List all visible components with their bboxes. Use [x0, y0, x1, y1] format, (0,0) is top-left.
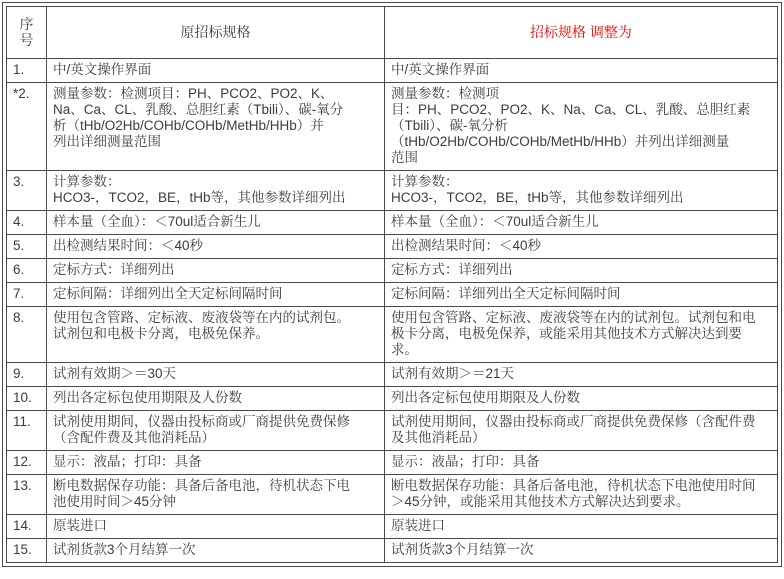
table-row: 9. 试剂有效期＞＝30天 试剂有效期＞＝21天: [7, 363, 778, 387]
cell-adjusted-spec: 定标方式：详细列出: [385, 259, 778, 283]
table-row: 7. 定标间隔：详细列出全天定标间隔时间 定标间隔：详细列出全天定标间隔时间: [7, 283, 778, 307]
cell-adjusted-spec: 显示：液晶；打印：具备: [385, 451, 778, 475]
header-row: 序 号 原招标规格 招标规格 调整为: [7, 7, 778, 59]
cell-original-spec: 断电数据保存功能：具备后备电池，待机状态下电 池使用时间＞45分钟: [47, 475, 385, 515]
cell-seq-no: 9.: [7, 363, 47, 387]
cell-original-spec: 出检测结果时间：＜40秒: [47, 235, 385, 259]
cell-adjusted-spec: 原装进口: [385, 515, 778, 539]
cell-original-spec: 定标间隔：详细列出全天定标间隔时间: [47, 283, 385, 307]
cell-adjusted-spec: 定标间隔：详细列出全天定标间隔时间: [385, 283, 778, 307]
cell-original-spec: 列出各定标包使用期限及人份数: [47, 387, 385, 411]
cell-seq-no: 14.: [7, 515, 47, 539]
cell-original-spec: 使用包含管路、定标液、废液袋等在内的试剂包。 试剂包和电极卡分离，电极免保养。: [47, 307, 385, 363]
table-row: 14. 原装进口 原装进口: [7, 515, 778, 539]
cell-seq-no: 4.: [7, 211, 47, 235]
cell-seq-no: 15.: [7, 539, 47, 563]
cell-adjusted-spec: 使用包含管路、定标液、废液袋等在内的试剂包。试剂包和电 极卡分离，电极免保养，或…: [385, 307, 778, 363]
table-row: *2. 测量参数：检测项目：PH、PCO2、PO2、K、 Na、Ca、CL、乳酸…: [7, 83, 778, 171]
cell-original-spec: 显示：液晶；打印：具备: [47, 451, 385, 475]
cell-original-spec: 样本量（全血）：＜70ul适合新生儿: [47, 211, 385, 235]
cell-seq-no: 8.: [7, 307, 47, 363]
header-original-spec: 原招标规格: [47, 7, 385, 59]
cell-adjusted-spec: 试剂货款3个月结算一次: [385, 539, 778, 563]
table-row: 3. 计算参数： HCO3-，TCO2，BE，tHb等，其他参数详细列出 计算参…: [7, 171, 778, 211]
header-seq-no: 序 号: [7, 7, 47, 59]
cell-seq-no: 1.: [7, 59, 47, 83]
cell-original-spec: 原装进口: [47, 515, 385, 539]
spec-comparison-sheet: 序 号 原招标规格 招标规格 调整为 1. 中/英文操作界面 中/英文操作界面 …: [2, 2, 782, 567]
spec-table: 序 号 原招标规格 招标规格 调整为 1. 中/英文操作界面 中/英文操作界面 …: [6, 6, 778, 563]
cell-seq-no: 10.: [7, 387, 47, 411]
cell-seq-no: 5.: [7, 235, 47, 259]
cell-seq-no: 6.: [7, 259, 47, 283]
cell-original-spec: 试剂使用期间，仪器由投标商或厂商提供免费保修 （含配件费及其他消耗品）: [47, 411, 385, 451]
header-adjusted-spec: 招标规格 调整为: [385, 7, 778, 59]
cell-seq-no: 12.: [7, 451, 47, 475]
table-row: 11. 试剂使用期间，仪器由投标商或厂商提供免费保修 （含配件费及其他消耗品） …: [7, 411, 778, 451]
cell-adjusted-spec: 出检测结果时间：＜40秒: [385, 235, 778, 259]
cell-original-spec: 计算参数： HCO3-，TCO2，BE，tHb等，其他参数详细列出: [47, 171, 385, 211]
table-row: 12. 显示：液晶；打印：具备 显示：液晶；打印：具备: [7, 451, 778, 475]
table-row: 5. 出检测结果时间：＜40秒 出检测结果时间：＜40秒: [7, 235, 778, 259]
cell-original-spec: 试剂货款3个月结算一次: [47, 539, 385, 563]
cell-adjusted-spec: 列出各定标包使用期限及人份数: [385, 387, 778, 411]
table-row: 1. 中/英文操作界面 中/英文操作界面: [7, 59, 778, 83]
cell-original-spec: 定标方式：详细列出: [47, 259, 385, 283]
cell-seq-no: 3.: [7, 171, 47, 211]
cell-original-spec: 测量参数：检测项目：PH、PCO2、PO2、K、 Na、Ca、CL、乳酸、总胆红…: [47, 83, 385, 171]
cell-seq-no: 13.: [7, 475, 47, 515]
cell-adjusted-spec: 计算参数： HCO3-，TCO2，BE，tHb等，其他参数详细列出: [385, 171, 778, 211]
cell-original-spec: 中/英文操作界面: [47, 59, 385, 83]
table-row: 8. 使用包含管路、定标液、废液袋等在内的试剂包。 试剂包和电极卡分离，电极免保…: [7, 307, 778, 363]
table-row: 4. 样本量（全血）：＜70ul适合新生儿 样本量（全血）：＜70ul适合新生儿: [7, 211, 778, 235]
table-row: 13. 断电数据保存功能：具备后备电池，待机状态下电 池使用时间＞45分钟 断电…: [7, 475, 778, 515]
table-row: 10. 列出各定标包使用期限及人份数 列出各定标包使用期限及人份数: [7, 387, 778, 411]
cell-adjusted-spec: 样本量（全血）：＜70ul适合新生儿: [385, 211, 778, 235]
cell-seq-no: 7.: [7, 283, 47, 307]
cell-adjusted-spec: 试剂使用期间，仪器由投标商或厂商提供免费保修（含配件费 及其他消耗品）: [385, 411, 778, 451]
table-row: 15. 试剂货款3个月结算一次 试剂货款3个月结算一次: [7, 539, 778, 563]
cell-adjusted-spec: 试剂有效期＞＝21天: [385, 363, 778, 387]
cell-original-spec: 试剂有效期＞＝30天: [47, 363, 385, 387]
cell-seq-no: *2.: [7, 83, 47, 171]
cell-adjusted-spec: 中/英文操作界面: [385, 59, 778, 83]
cell-seq-no: 11.: [7, 411, 47, 451]
cell-adjusted-spec: 断电数据保存功能：具备后备电池，待机状态下电池使用时间 ＞45分钟，或能采用其他…: [385, 475, 778, 515]
table-row: 6. 定标方式：详细列出 定标方式：详细列出: [7, 259, 778, 283]
cell-adjusted-spec: 测量参数：检测项 目：PH、PCO2、PO2、K、Na、Ca、CL、乳酸、总胆红…: [385, 83, 778, 171]
